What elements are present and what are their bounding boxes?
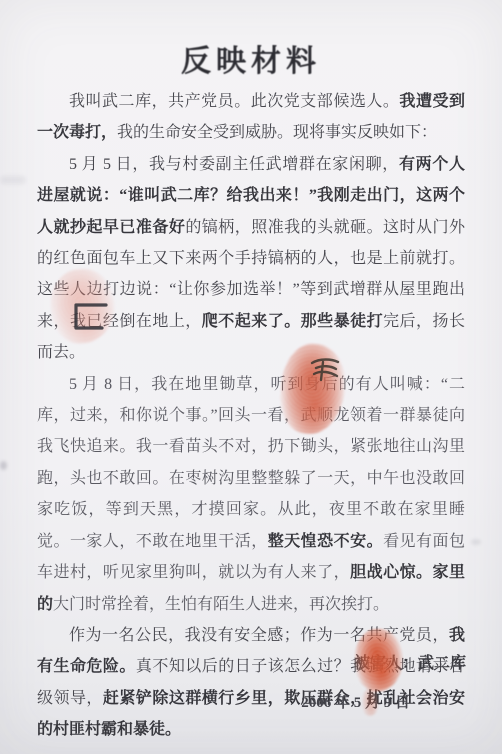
document-body: 我叫武二库，共产党员。此次党支部候选人。我遭受到一次毒打，我的生命安全受到威胁。… [37,86,465,746]
scan-smudge [0,461,7,470]
signature-name: 武二库 [418,655,466,672]
signature-label: 被害人： [354,655,418,672]
scan-smudge [0,176,26,184]
signature-line: 被害人：武二库 [0,650,466,673]
scanned-document-page: 反映材料 我叫武二库，共产党员。此次党支部候选人。我遭受到一次毒打，我的生命安全… [0,0,502,754]
paragraph: 5 月 8 日，我在地里锄草，听到身后的有人叫喊：“二库，过来，和你说个事。”回… [37,369,465,620]
scan-smudge [471,539,481,545]
paragraph: 作为一名公民，我没有安全感；作为一名共产党员，我有生命危险。真不知以后的日子该怎… [37,620,465,746]
paragraph: 我叫武二库，共产党员。此次党支部候选人。我遭受到一次毒打，我的生命安全受到威胁。… [37,86,465,149]
document-title: 反映材料 [0,36,502,80]
document-date: 2006 年 5 月 9 日 [0,691,410,712]
paragraph: 5 月 5 日，我与村委副主任武增群在家闲聊，有两个人进屋就说：“谁叫武二库？给… [37,149,465,369]
